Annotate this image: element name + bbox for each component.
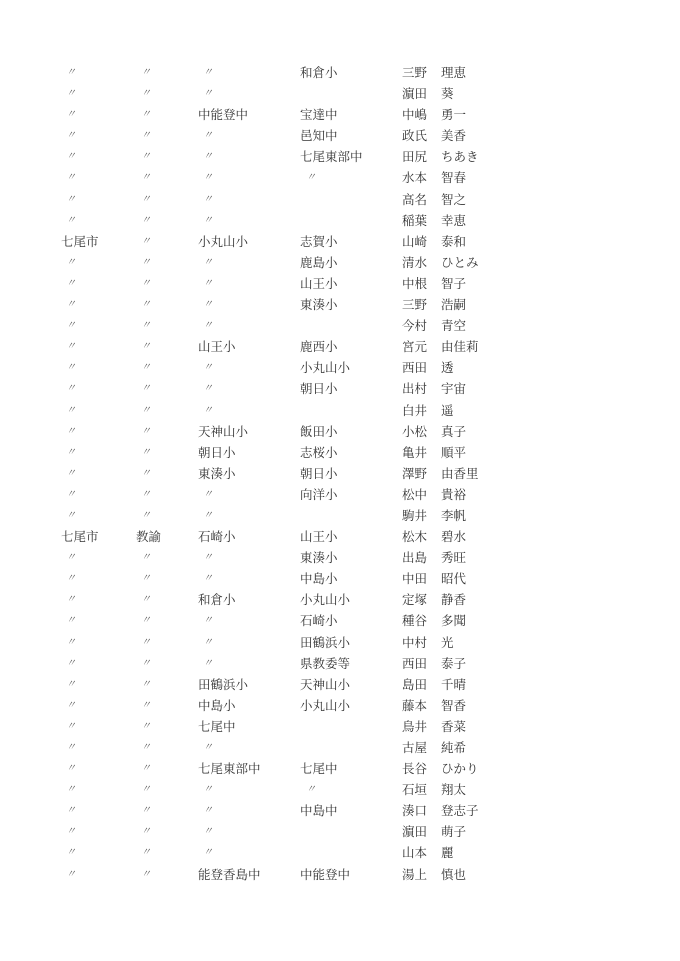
previous-school-cell: 中島中 [300, 800, 338, 821]
city-cell: 〃 [66, 695, 75, 716]
current-school-cell: 〃 [203, 505, 212, 526]
previous-school-cell: 邑知中 [300, 125, 338, 146]
previous-school-cell: 小丸山小 [300, 589, 350, 610]
current-school-cell: 石崎小 [198, 526, 236, 547]
city-cell: 〃 [66, 737, 75, 758]
surname-cell: 白井 [402, 400, 427, 421]
surname-cell: 松木 [402, 526, 427, 547]
table-row: 七尾市 教諭 石崎小 山王小 松木 碧水 [0, 526, 680, 547]
current-school-cell: 能登香島中 [198, 864, 261, 885]
current-school-cell: 和倉小 [198, 589, 236, 610]
current-school-cell: 〃 [203, 62, 212, 83]
table-row: 〃 〃 〃 田鶴浜小 中村 光 [0, 632, 680, 653]
current-school-cell: 〃 [203, 125, 212, 146]
given-name-cell: 浩嗣 [441, 294, 466, 315]
city-cell: 〃 [66, 842, 75, 863]
current-school-cell: 〃 [203, 737, 212, 758]
surname-cell: 今村 [402, 315, 427, 336]
table-row: 〃 〃 〃 山王小 中根 智子 [0, 273, 680, 294]
city-cell: 〃 [66, 62, 75, 83]
city-cell: 〃 [66, 315, 75, 336]
role-cell: 〃 [141, 842, 150, 863]
city-cell: 七尾市 [61, 526, 99, 547]
table-row: 〃 〃 〃 東湊小 出島 秀旺 [0, 547, 680, 568]
given-name-cell: 静香 [441, 589, 466, 610]
previous-school-cell: 小丸山小 [300, 695, 350, 716]
surname-cell: 鳥井 [402, 716, 427, 737]
given-name-cell: 慎也 [441, 864, 466, 885]
table-row: 〃 〃 〃 中島中 湊口 登志子 [0, 800, 680, 821]
surname-cell: 中村 [402, 632, 427, 653]
role-cell: 〃 [141, 505, 150, 526]
city-cell: 〃 [66, 125, 75, 146]
table-row: 〃 〃 〃 山本 麗 [0, 842, 680, 863]
given-name-cell: 透 [441, 357, 454, 378]
given-name-cell: 由香里 [441, 463, 479, 484]
surname-cell: 出島 [402, 547, 427, 568]
surname-cell: 三野 [402, 294, 427, 315]
given-name-cell: 由佳莉 [441, 336, 479, 357]
given-name-cell: ちあき [441, 146, 479, 167]
previous-school-cell: 鹿島小 [300, 252, 338, 273]
current-school-cell: 〃 [203, 800, 212, 821]
surname-cell: 中嶋 [402, 104, 427, 125]
city-cell: 〃 [66, 189, 75, 210]
previous-school-cell: 〃 [306, 167, 315, 188]
role-cell: 〃 [141, 210, 150, 231]
surname-cell: 島田 [402, 674, 427, 695]
city-cell: 〃 [66, 610, 75, 631]
role-cell: 〃 [141, 336, 150, 357]
previous-school-cell: 中島小 [300, 568, 338, 589]
previous-school-cell: 東湊小 [300, 547, 338, 568]
role-cell: 〃 [141, 273, 150, 294]
surname-cell: 長谷 [402, 758, 427, 779]
previous-school-cell: 中能登中 [300, 864, 350, 885]
given-name-cell: 碧水 [441, 526, 466, 547]
city-cell: 〃 [66, 210, 75, 231]
current-school-cell: 中能登中 [198, 104, 248, 125]
given-name-cell: 勇一 [441, 104, 466, 125]
role-cell: 教諭 [136, 526, 161, 547]
surname-cell: 出村 [402, 378, 427, 399]
surname-cell: 清水 [402, 252, 427, 273]
previous-school-cell: 天神山小 [300, 674, 350, 695]
table-row: 〃 〃 〃 七尾東部中 田尻 ちあき [0, 146, 680, 167]
current-school-cell: 〃 [203, 167, 212, 188]
given-name-cell: 順平 [441, 442, 466, 463]
previous-school-cell: 石崎小 [300, 610, 338, 631]
previous-school-cell: 向洋小 [300, 484, 338, 505]
role-cell: 〃 [141, 357, 150, 378]
table-row: 〃 〃 〃 濵田 萌子 [0, 821, 680, 842]
surname-cell: 石垣 [402, 779, 427, 800]
document-page: 〃 〃 〃 和倉小 三野 理恵 〃 〃 〃 濵田 葵 〃 〃 中能登中 宝達中 … [0, 0, 680, 961]
personnel-transfer-table: 〃 〃 〃 和倉小 三野 理恵 〃 〃 〃 濵田 葵 〃 〃 中能登中 宝達中 … [0, 62, 680, 885]
given-name-cell: 光 [441, 632, 454, 653]
given-name-cell: 純希 [441, 737, 466, 758]
surname-cell: 宮元 [402, 336, 427, 357]
role-cell: 〃 [141, 821, 150, 842]
current-school-cell: 〃 [203, 842, 212, 863]
city-cell: 〃 [66, 442, 75, 463]
surname-cell: 湊口 [402, 800, 427, 821]
current-school-cell: 〃 [203, 273, 212, 294]
city-cell: 〃 [66, 400, 75, 421]
previous-school-cell: 宝達中 [300, 104, 338, 125]
city-cell: 〃 [66, 252, 75, 273]
city-cell: 〃 [66, 104, 75, 125]
role-cell: 〃 [141, 589, 150, 610]
table-row: 〃 〃 朝日小 志桜小 亀井 順平 [0, 442, 680, 463]
table-row: 〃 〃 〃 小丸山小 西田 透 [0, 357, 680, 378]
role-cell: 〃 [141, 167, 150, 188]
city-cell: 〃 [66, 674, 75, 695]
city-cell: 〃 [66, 758, 75, 779]
current-school-cell: 〃 [203, 484, 212, 505]
current-school-cell: 〃 [203, 146, 212, 167]
current-school-cell: 〃 [203, 189, 212, 210]
table-row: 〃 〃 〃 濵田 葵 [0, 83, 680, 104]
city-cell: 〃 [66, 589, 75, 610]
given-name-cell: 幸恵 [441, 210, 466, 231]
city-cell: 〃 [66, 421, 75, 442]
city-cell: 〃 [66, 632, 75, 653]
role-cell: 〃 [141, 378, 150, 399]
role-cell: 〃 [141, 864, 150, 885]
role-cell: 〃 [141, 653, 150, 674]
table-row: 〃 〃 〃 鹿島小 清水 ひとみ [0, 252, 680, 273]
city-cell: 〃 [66, 484, 75, 505]
table-row: 〃 〃 〃 県教委等 西田 泰子 [0, 653, 680, 674]
given-name-cell: 美香 [441, 125, 466, 146]
table-row: 〃 〃 能登香島中 中能登中 湯上 慎也 [0, 864, 680, 885]
role-cell: 〃 [141, 400, 150, 421]
previous-school-cell: 七尾東部中 [300, 146, 363, 167]
table-row: 〃 〃 〃 稲葉 幸恵 [0, 210, 680, 231]
previous-school-cell: 山王小 [300, 526, 338, 547]
city-cell: 〃 [66, 83, 75, 104]
current-school-cell: 山王小 [198, 336, 236, 357]
given-name-cell: 智香 [441, 695, 466, 716]
city-cell: 〃 [66, 821, 75, 842]
previous-school-cell: 県教委等 [300, 653, 350, 674]
current-school-cell: 七尾中 [198, 716, 236, 737]
current-school-cell: 七尾東部中 [198, 758, 261, 779]
table-row: 〃 〃 〃 向洋小 松中 貴裕 [0, 484, 680, 505]
previous-school-cell: 飯田小 [300, 421, 338, 442]
given-name-cell: 理恵 [441, 62, 466, 83]
current-school-cell: 〃 [203, 568, 212, 589]
role-cell: 〃 [141, 779, 150, 800]
role-cell: 〃 [141, 62, 150, 83]
city-cell: 〃 [66, 547, 75, 568]
surname-cell: 高名 [402, 189, 427, 210]
city-cell: 〃 [66, 273, 75, 294]
table-row: 〃 〃 中島小 小丸山小 藤本 智香 [0, 695, 680, 716]
given-name-cell: 青空 [441, 315, 466, 336]
role-cell: 〃 [141, 737, 150, 758]
given-name-cell: 宇宙 [441, 378, 466, 399]
table-row: 〃 〃 和倉小 小丸山小 定塚 静香 [0, 589, 680, 610]
current-school-cell: 田鶴浜小 [198, 674, 248, 695]
surname-cell: 種谷 [402, 610, 427, 631]
current-school-cell: 〃 [203, 779, 212, 800]
role-cell: 〃 [141, 547, 150, 568]
city-cell: 〃 [66, 568, 75, 589]
current-school-cell: 東湊小 [198, 463, 236, 484]
previous-school-cell: 朝日小 [300, 378, 338, 399]
city-cell: 〃 [66, 800, 75, 821]
current-school-cell: 小丸山小 [198, 231, 248, 252]
table-row: 〃 〃 田鶴浜小 天神山小 島田 千晴 [0, 674, 680, 695]
table-row: 〃 〃 〃 古屋 純希 [0, 737, 680, 758]
given-name-cell: ひかり [441, 758, 479, 779]
current-school-cell: 〃 [203, 357, 212, 378]
city-cell: 〃 [66, 716, 75, 737]
city-cell: 〃 [66, 378, 75, 399]
previous-school-cell: 山王小 [300, 273, 338, 294]
role-cell: 〃 [141, 83, 150, 104]
given-name-cell: 麗 [441, 842, 454, 863]
table-row: 〃 〃 天神山小 飯田小 小松 真子 [0, 421, 680, 442]
city-cell: 〃 [66, 167, 75, 188]
table-row: 〃 〃 〃 石崎小 種谷 多聞 [0, 610, 680, 631]
surname-cell: 政氏 [402, 125, 427, 146]
table-row: 〃 〃 〃 朝日小 出村 宇宙 [0, 378, 680, 399]
city-cell: 〃 [66, 146, 75, 167]
surname-cell: 水本 [402, 167, 427, 188]
role-cell: 〃 [141, 568, 150, 589]
city-cell: 〃 [66, 779, 75, 800]
surname-cell: 西田 [402, 653, 427, 674]
city-cell: 〃 [66, 864, 75, 885]
given-name-cell: 多聞 [441, 610, 466, 631]
previous-school-cell: 朝日小 [300, 463, 338, 484]
role-cell: 〃 [141, 421, 150, 442]
previous-school-cell: 東湊小 [300, 294, 338, 315]
surname-cell: 中田 [402, 568, 427, 589]
given-name-cell: 葵 [441, 83, 454, 104]
current-school-cell: 〃 [203, 378, 212, 399]
table-row: 〃 〃 〃 白井 遥 [0, 400, 680, 421]
given-name-cell: 遥 [441, 400, 454, 421]
previous-school-cell: 志賀小 [300, 231, 338, 252]
given-name-cell: 翔太 [441, 779, 466, 800]
table-row: 〃 〃 七尾東部中 七尾中 長谷 ひかり [0, 758, 680, 779]
role-cell: 〃 [141, 758, 150, 779]
given-name-cell: 真子 [441, 421, 466, 442]
current-school-cell: 中島小 [198, 695, 236, 716]
given-name-cell: 登志子 [441, 800, 479, 821]
city-cell: 〃 [66, 294, 75, 315]
surname-cell: 濵田 [402, 821, 427, 842]
current-school-cell: 〃 [203, 610, 212, 631]
surname-cell: 亀井 [402, 442, 427, 463]
role-cell: 〃 [141, 104, 150, 125]
surname-cell: 山本 [402, 842, 427, 863]
surname-cell: 定塚 [402, 589, 427, 610]
current-school-cell: 〃 [203, 821, 212, 842]
surname-cell: 澤野 [402, 463, 427, 484]
current-school-cell: 〃 [203, 315, 212, 336]
given-name-cell: 智之 [441, 189, 466, 210]
previous-school-cell: 小丸山小 [300, 357, 350, 378]
table-row: 〃 〃 東湊小 朝日小 澤野 由香里 [0, 463, 680, 484]
role-cell: 〃 [141, 800, 150, 821]
current-school-cell: 〃 [203, 83, 212, 104]
city-cell: 〃 [66, 463, 75, 484]
current-school-cell: 〃 [203, 252, 212, 273]
table-row: 〃 〃 七尾中 鳥井 香菜 [0, 716, 680, 737]
previous-school-cell: 七尾中 [300, 758, 338, 779]
surname-cell: 藤本 [402, 695, 427, 716]
table-row: 〃 〃 〃 〃 石垣 翔太 [0, 779, 680, 800]
city-cell: 〃 [66, 653, 75, 674]
role-cell: 〃 [141, 716, 150, 737]
surname-cell: 小松 [402, 421, 427, 442]
surname-cell: 中根 [402, 273, 427, 294]
current-school-cell: 〃 [203, 653, 212, 674]
role-cell: 〃 [141, 610, 150, 631]
current-school-cell: 〃 [203, 210, 212, 231]
given-name-cell: 李帆 [441, 505, 466, 526]
previous-school-cell: 田鶴浜小 [300, 632, 350, 653]
table-row: 〃 〃 〃 東湊小 三野 浩嗣 [0, 294, 680, 315]
given-name-cell: 萌子 [441, 821, 466, 842]
role-cell: 〃 [141, 484, 150, 505]
surname-cell: 稲葉 [402, 210, 427, 231]
table-row: 〃 〃 山王小 鹿西小 宮元 由佳莉 [0, 336, 680, 357]
previous-school-cell: 鹿西小 [300, 336, 338, 357]
table-row: 〃 〃 〃 駒井 李帆 [0, 505, 680, 526]
previous-school-cell: 志桜小 [300, 442, 338, 463]
surname-cell: 三野 [402, 62, 427, 83]
table-row: 〃 〃 中能登中 宝達中 中嶋 勇一 [0, 104, 680, 125]
table-row: 〃 〃 〃 和倉小 三野 理恵 [0, 62, 680, 83]
previous-school-cell: 和倉小 [300, 62, 338, 83]
surname-cell: 西田 [402, 357, 427, 378]
current-school-cell: 〃 [203, 294, 212, 315]
given-name-cell: ひとみ [441, 252, 479, 273]
role-cell: 〃 [141, 252, 150, 273]
surname-cell: 濵田 [402, 83, 427, 104]
city-cell: 〃 [66, 336, 75, 357]
table-row: 〃 〃 〃 中島小 中田 昭代 [0, 568, 680, 589]
city-cell: 〃 [66, 505, 75, 526]
given-name-cell: 千晴 [441, 674, 466, 695]
role-cell: 〃 [141, 294, 150, 315]
current-school-cell: 〃 [203, 547, 212, 568]
current-school-cell: 朝日小 [198, 442, 236, 463]
surname-cell: 湯上 [402, 864, 427, 885]
current-school-cell: 〃 [203, 400, 212, 421]
role-cell: 〃 [141, 674, 150, 695]
table-row: 〃 〃 〃 高名 智之 [0, 189, 680, 210]
given-name-cell: 泰和 [441, 231, 466, 252]
surname-cell: 松中 [402, 484, 427, 505]
role-cell: 〃 [141, 189, 150, 210]
given-name-cell: 秀旺 [441, 547, 466, 568]
role-cell: 〃 [141, 146, 150, 167]
given-name-cell: 昭代 [441, 568, 466, 589]
role-cell: 〃 [141, 315, 150, 336]
given-name-cell: 智春 [441, 167, 466, 188]
table-row: 〃 〃 〃 〃 水本 智春 [0, 167, 680, 188]
table-row: 〃 〃 〃 今村 青空 [0, 315, 680, 336]
current-school-cell: 天神山小 [198, 421, 248, 442]
role-cell: 〃 [141, 442, 150, 463]
city-cell: 七尾市 [61, 231, 99, 252]
surname-cell: 駒井 [402, 505, 427, 526]
table-row: 〃 〃 〃 邑知中 政氏 美香 [0, 125, 680, 146]
given-name-cell: 貴裕 [441, 484, 466, 505]
surname-cell: 山崎 [402, 231, 427, 252]
city-cell: 〃 [66, 357, 75, 378]
previous-school-cell: 〃 [306, 779, 315, 800]
current-school-cell: 〃 [203, 632, 212, 653]
role-cell: 〃 [141, 695, 150, 716]
given-name-cell: 香菜 [441, 716, 466, 737]
role-cell: 〃 [141, 231, 150, 252]
role-cell: 〃 [141, 463, 150, 484]
surname-cell: 古屋 [402, 737, 427, 758]
given-name-cell: 智子 [441, 273, 466, 294]
role-cell: 〃 [141, 632, 150, 653]
surname-cell: 田尻 [402, 146, 427, 167]
table-row: 七尾市 〃 小丸山小 志賀小 山崎 泰和 [0, 231, 680, 252]
role-cell: 〃 [141, 125, 150, 146]
given-name-cell: 泰子 [441, 653, 466, 674]
